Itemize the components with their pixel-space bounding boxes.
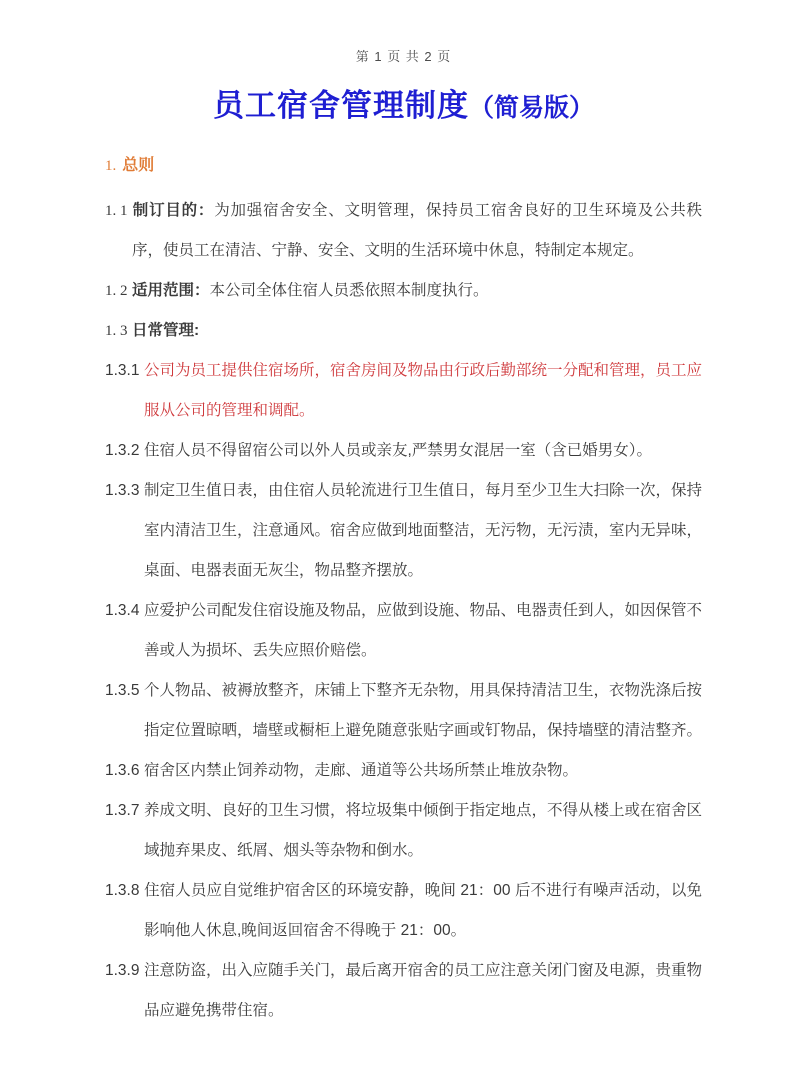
document-title-main: 员工宿舍管理制度: [213, 88, 469, 123]
item-number: 1.3.8: [105, 871, 144, 911]
document-title-suffix: （简易版）: [469, 94, 594, 122]
regulation-item: 1.3.4应爱护公司配发住宿设施及物品，应做到设施、物品、电器责任到人，如因保管…: [105, 591, 702, 671]
page-number-header: 第 1 页 共 2 页: [105, 46, 702, 65]
regulation-item: 1. 3日常管理:: [105, 311, 702, 351]
regulation-list: 1. 1制订目的：为加强宿舍安全、文明管理，保持员工宿舍良好的卫生环境及公共秩序…: [105, 191, 702, 1031]
section-heading-general-rules: 1.总则: [105, 155, 702, 177]
regulation-item: 1.3.1公司为员工提供住宿场所，宿舍房间及物品由行政后勤部统一分配和管理，员工…: [105, 351, 702, 431]
item-text: 本公司全体住宿人员悉依照本制度执行。: [210, 282, 489, 299]
document-title: 员工宿舍管理制度（简易版）: [105, 85, 702, 127]
item-text: 宿舍区内禁止饲养动物，走廊、通道等公共场所禁止堆放杂物。: [144, 762, 578, 779]
regulation-item: 1.3.2住宿人员不得留宿公司以外人员或亲友,严禁男女混居一室（含已婚男女）。: [105, 431, 702, 471]
item-number: 1.3.2: [105, 431, 144, 471]
item-text: 养成文明、良好的卫生习惯，将垃圾集中倾倒于指定地点，不得从楼上或在宿舍区域抛弃果…: [144, 802, 702, 859]
item-number: 1.3.6: [105, 751, 144, 791]
item-text: 公司为员工提供住宿场所，宿舍房间及物品由行政后勤部统一分配和管理，员工应服从公司…: [144, 362, 702, 419]
item-label: 日常管理:: [132, 322, 199, 339]
regulation-item: 1.3.8住宿人员应自觉维护宿舍区的环境安静，晚间 21：00 后不进行有噪声活…: [105, 871, 702, 951]
regulation-item: 1.3.7养成文明、良好的卫生习惯，将垃圾集中倾倒于指定地点，不得从楼上或在宿舍…: [105, 791, 702, 871]
item-text: 制定卫生值日表，由住宿人员轮流进行卫生值日，每月至少卫生大扫除一次，保持室内清洁…: [144, 482, 702, 579]
item-number: 1. 2: [105, 271, 132, 311]
item-text: 应爱护公司配发住宿设施及物品，应做到设施、物品、电器责任到人，如因保管不善或人为…: [144, 602, 702, 659]
item-number: 1.3.1: [105, 351, 144, 391]
item-number: 1. 3: [105, 311, 132, 351]
document-page: 第 1 页 共 2 页 员工宿舍管理制度（简易版） 1.总则 1. 1制订目的：…: [0, 0, 800, 1067]
item-text: 住宿人员应自觉维护宿舍区的环境安静，晚间 21：00 后不进行有噪声活动，以免影…: [144, 882, 702, 939]
item-text: 住宿人员不得留宿公司以外人员或亲友,严禁男女混居一室（含已婚男女）。: [144, 442, 652, 459]
item-text: 注意防盗，出入应随手关门，最后离开宿舍的员工应注意关闭门窗及电源，贵重物品应避免…: [144, 962, 702, 1019]
item-number: 1.3.5: [105, 671, 144, 711]
regulation-item: 1.3.9注意防盗，出入应随手关门，最后离开宿舍的员工应注意关闭门窗及电源，贵重…: [105, 951, 702, 1031]
item-number: 1. 1: [105, 191, 132, 231]
regulation-item: 1. 1制订目的：为加强宿舍安全、文明管理，保持员工宿舍良好的卫生环境及公共秩序…: [105, 191, 702, 271]
regulation-item: 1.3.6宿舍区内禁止饲养动物，走廊、通道等公共场所禁止堆放杂物。: [105, 751, 702, 791]
item-number: 1.3.3: [105, 471, 144, 511]
regulation-item: 1.3.5个人物品、被褥放整齐，床铺上下整齐无杂物，用具保持清洁卫生，衣物洗涤后…: [105, 671, 702, 751]
regulation-item: 1. 2适用范围：本公司全体住宿人员悉依照本制度执行。: [105, 271, 702, 311]
item-number: 1.3.9: [105, 951, 144, 991]
item-label: 适用范围：: [132, 282, 210, 299]
regulation-item: 1.3.3制定卫生值日表，由住宿人员轮流进行卫生值日，每月至少卫生大扫除一次，保…: [105, 471, 702, 591]
item-text: 为加强宿舍安全、文明管理，保持员工宿舍良好的卫生环境及公共秩序，使员工在清洁、宁…: [132, 202, 702, 259]
section-number: 1.: [105, 158, 116, 174]
item-number: 1.3.7: [105, 791, 144, 831]
item-label: 制订目的：: [132, 202, 214, 219]
item-text: 个人物品、被褥放整齐，床铺上下整齐无杂物，用具保持清洁卫生，衣物洗涤后按指定位置…: [144, 682, 702, 739]
item-number: 1.3.4: [105, 591, 144, 631]
section-label: 总则: [122, 157, 154, 174]
